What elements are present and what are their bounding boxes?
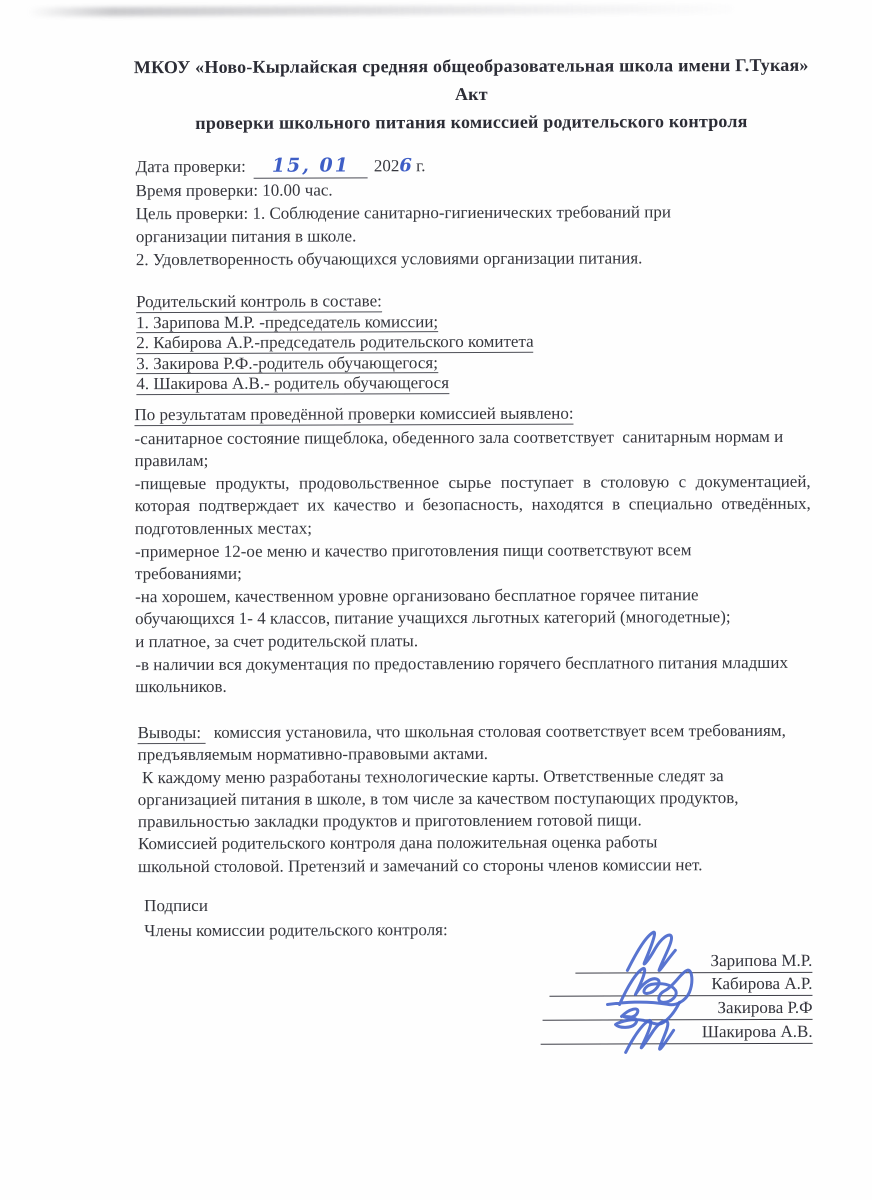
findings-line: школьников. — [135, 674, 811, 699]
signature-name: Зарипова М.Р. — [711, 951, 813, 972]
signature-name: Кабирова А.Р. — [711, 974, 812, 995]
signatures-heading-block: Подписи Члены комиссии родительского кон… — [144, 893, 448, 943]
conclusions-line: Комиссией родительского контроля дана по… — [138, 831, 812, 856]
signature-row: Закирова Р.Ф — [542, 996, 812, 1021]
findings-line: обучающихся 1- 4 классов, питание учащих… — [135, 606, 811, 631]
document-header: МКОУ «Ново-Кырлайская средняя общеобразо… — [133, 51, 809, 137]
findings-line: -на хорошем, качественном уровне организ… — [135, 584, 811, 609]
inspection-date-label: Дата проверки: — [136, 157, 246, 176]
conclusions-first-line: Выводы: комиссия установила, что школьна… — [138, 720, 812, 745]
signature-rows: Зарипова М.Р. Кабирова А.Р. Закирова Р.Ф… — [136, 949, 812, 1046]
inspection-time-line: Время проверки: 10.00 час. — [136, 177, 671, 202]
findings-line: и платное, за счет родительской платы. — [135, 629, 811, 654]
findings-line: которая подтверждает их качество и безоп… — [135, 493, 811, 518]
findings-line: -примерное 12-ое меню и качество пригото… — [135, 538, 811, 563]
document-subtitle: проверки школьного питания комиссией род… — [133, 107, 809, 137]
year-printed: 202 — [374, 156, 400, 175]
signature-row: Кабирова А.Р. — [549, 973, 812, 998]
findings-line: -в наличии вся документация по предостав… — [135, 651, 811, 676]
commission-member: 3. Закирова Р.Ф.-родитель обучающегося; — [136, 353, 438, 375]
handwritten-year-digit: 6 — [399, 155, 412, 176]
commission-list: Родительский контроль в составе: 1. Зари… — [136, 291, 534, 395]
commission-title-row: Родительский контроль в составе: — [136, 291, 534, 313]
signature-name: Закирова Р.Ф — [717, 998, 812, 1019]
commission-member-row: 4. Шакирова А.В.- родитель обучающегося — [136, 373, 534, 395]
document-content: МКОУ «Ново-Кырлайская средняя общеобразо… — [133, 0, 813, 1200]
commission-member: 1. Зарипова М.Р. -председатель комиссии; — [136, 312, 438, 334]
conclusions-line: К каждому меню разработаны технологическ… — [138, 764, 812, 789]
inspection-purpose-line: Цель проверки: 1. Соблюдение санитарно-г… — [136, 200, 671, 225]
commission-member-row: 3. Закирова Р.Ф.-родитель обучающегося; — [136, 353, 534, 375]
commission-title: Родительский контроль в составе: — [136, 291, 382, 312]
signatures-heading: Подписи — [144, 893, 448, 919]
inspection-purpose-line: 2. Удовлетворенность обучающихся условия… — [136, 246, 671, 271]
findings-line: требованиями; — [135, 561, 811, 586]
conclusions-line: организацией питания в школе, в том числ… — [138, 787, 812, 812]
commission-member: 4. Шакирова А.В.- родитель обучающегося — [136, 373, 449, 395]
findings-line: подготовленных местах; — [135, 516, 811, 541]
commission-member-row: 2. Кабирова А.Р.-председатель родительск… — [136, 332, 534, 354]
date-blank-field: 15, 01 — [254, 154, 368, 178]
signature-name: Шакирова А.В. — [702, 1022, 813, 1043]
findings-line: -пищевые продукты, продовольственное сыр… — [135, 471, 811, 496]
findings-line: правилам; — [135, 448, 811, 473]
inspection-purpose-line: организации питания в школе. — [136, 223, 671, 248]
conclusions-line: предъявляемым нормативно-правовыми актам… — [138, 742, 812, 767]
school-name: МКОУ «Ново-Кырлайская средняя общеобразо… — [133, 51, 809, 81]
findings-title-row: По результатам проведённой проверки коми… — [134, 402, 810, 427]
conclusions-section: Выводы: комиссия установила, что школьна… — [138, 720, 813, 878]
signature-row: Шакирова А.В. — [541, 1020, 813, 1045]
inspection-date-line: Дата проверки:15, 012026 г. — [136, 153, 671, 179]
scanned-document-page: МКОУ «Ново-Кырлайская средняя общеобразо… — [0, 0, 872, 1200]
inspection-meta: Дата проверки:15, 012026 г. Время провер… — [136, 153, 672, 271]
conclusions-label: Выводы: — [138, 723, 206, 744]
findings-section: По результатам проведённой проверки коми… — [134, 402, 811, 699]
findings-title: По результатам проведённой проверки коми… — [134, 404, 573, 426]
conclusions-text: комиссия установила, что школьная столов… — [205, 721, 786, 742]
document-type-title: Акт — [133, 79, 809, 109]
signatures-subheading: Члены комиссии родительского контроля: — [144, 918, 448, 944]
handwritten-date: 15, 01 — [272, 154, 350, 176]
signature-row: Зарипова М.Р. — [575, 949, 812, 974]
findings-line: -санитарное состояние пищеблока, обеденн… — [134, 425, 810, 450]
commission-member: 2. Кабирова А.Р.-председатель родительск… — [136, 332, 534, 354]
commission-member-row: 1. Зарипова М.Р. -председатель комиссии; — [136, 311, 534, 333]
year-suffix: г. — [412, 156, 426, 175]
conclusions-line: правильностью закладки продуктов и приго… — [138, 809, 812, 834]
conclusions-line: школьной столовой. Претензий и замечаний… — [138, 854, 812, 879]
